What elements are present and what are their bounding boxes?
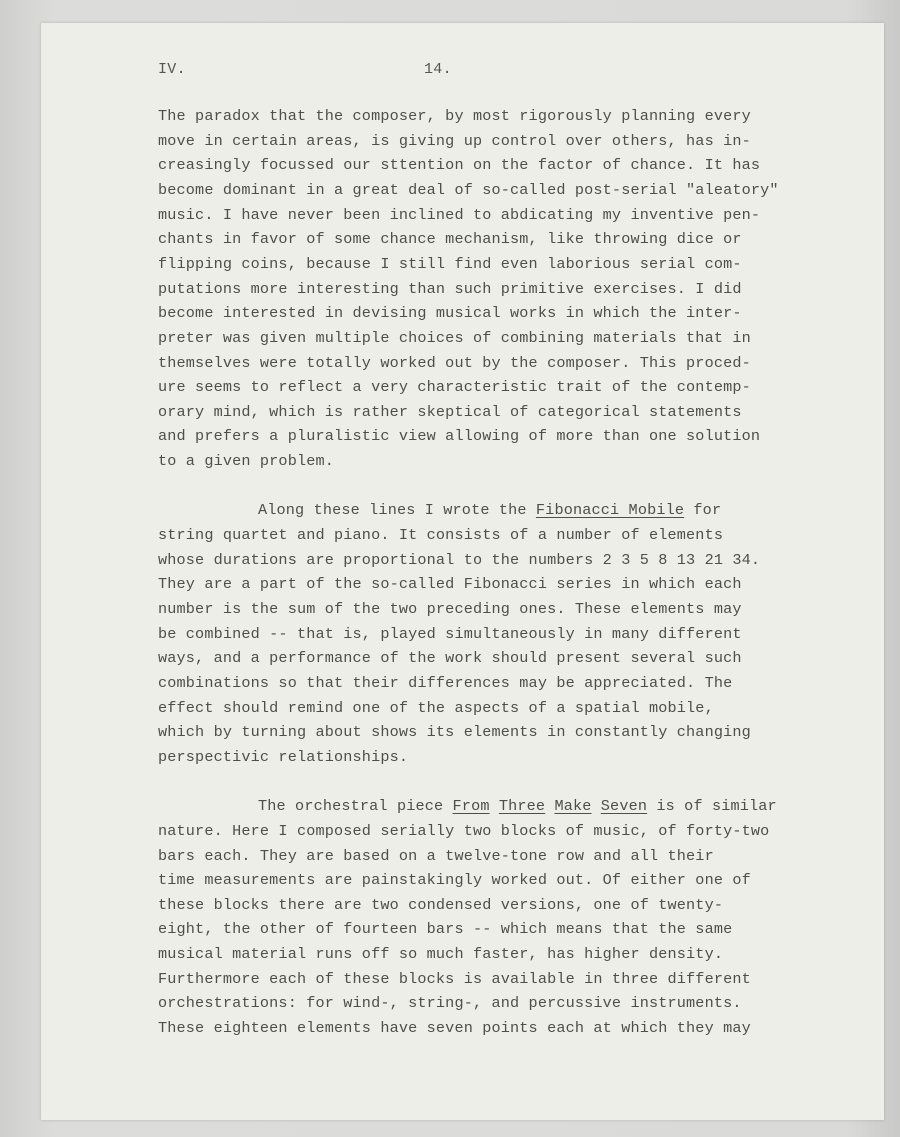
- text-line: bars each. They are based on a twelve-to…: [158, 847, 714, 865]
- underlined-work-title: Seven: [601, 797, 647, 815]
- text-line: number is the sum of the two preceding o…: [158, 600, 742, 618]
- text-line: string quartet and piano. It consists of…: [158, 526, 723, 544]
- text-line: music. I have never been inclined to abd…: [158, 206, 760, 224]
- text-run: Along these lines I wrote the: [258, 501, 536, 519]
- text-line: eight, the other of fourteen bars -- whi…: [158, 920, 732, 938]
- text-line: creasingly focussed our sttention on the…: [158, 156, 760, 174]
- text-run: for: [684, 501, 721, 519]
- text-line: perspectivic relationships.: [158, 748, 408, 766]
- underlined-work-title: From: [453, 797, 490, 815]
- text-line: preter was given multiple choices of com…: [158, 329, 751, 347]
- text-line: be combined -- that is, played simultane…: [158, 625, 742, 643]
- text-line: orchestrations: for wind-, string-, and …: [158, 994, 742, 1012]
- text-line: which by turning about shows its element…: [158, 723, 751, 741]
- text-line: time measurements are painstakingly work…: [158, 871, 751, 889]
- text-run: is of similar: [647, 797, 777, 815]
- text-line: and prefers a pluralistic view allowing …: [158, 427, 760, 445]
- text-line: chants in favor of some chance mechanism…: [158, 230, 742, 248]
- text-line: become interested in devising musical wo…: [158, 304, 742, 322]
- text-line: to a given problem.: [158, 452, 334, 470]
- text-line: flipping coins, because I still find eve…: [158, 255, 742, 273]
- underlined-work-title: Three: [499, 797, 545, 815]
- text-line: Furthermore each of these blocks is avai…: [158, 970, 751, 988]
- text-line: themselves were totally worked out by th…: [158, 354, 751, 372]
- text-line: ways, and a performance of the work shou…: [158, 649, 742, 667]
- underlined-work-title: Fibonacci Mobile: [536, 501, 684, 519]
- text-run: The orchestral piece: [258, 797, 453, 815]
- text-line: become dominant in a great deal of so-ca…: [158, 181, 779, 199]
- text-line: musical material runs off so much faster…: [158, 945, 723, 963]
- text-line: The paradox that the composer, by most r…: [158, 107, 751, 125]
- underlined-work-title: Make: [554, 797, 591, 815]
- text-line: ure seems to reflect a very characterist…: [158, 378, 751, 396]
- page-number: 14.: [424, 61, 452, 78]
- text-line: move in certain areas, is giving up cont…: [158, 132, 751, 150]
- section-number: IV.: [158, 61, 186, 78]
- text-line: These eighteen elements have seven point…: [158, 1019, 751, 1037]
- text-line: whose durations are proportional to the …: [158, 551, 760, 569]
- text-line: combinations so that their differences m…: [158, 674, 732, 692]
- text-run: [592, 797, 601, 815]
- text-line: these blocks there are two condensed ver…: [158, 896, 723, 914]
- text-line: putations more interesting than such pri…: [158, 280, 742, 298]
- text-line: Along these lines I wrote the Fibonacci …: [258, 501, 721, 519]
- text-line: orary mind, which is rather skeptical of…: [158, 403, 742, 421]
- text-run: [490, 797, 499, 815]
- text-line: They are a part of the so-called Fibonac…: [158, 575, 742, 593]
- text-line: The orchestral piece From Three Make Sev…: [258, 797, 777, 815]
- text-line: effect should remind one of the aspects …: [158, 699, 714, 717]
- text-line: nature. Here I composed serially two blo…: [158, 822, 769, 840]
